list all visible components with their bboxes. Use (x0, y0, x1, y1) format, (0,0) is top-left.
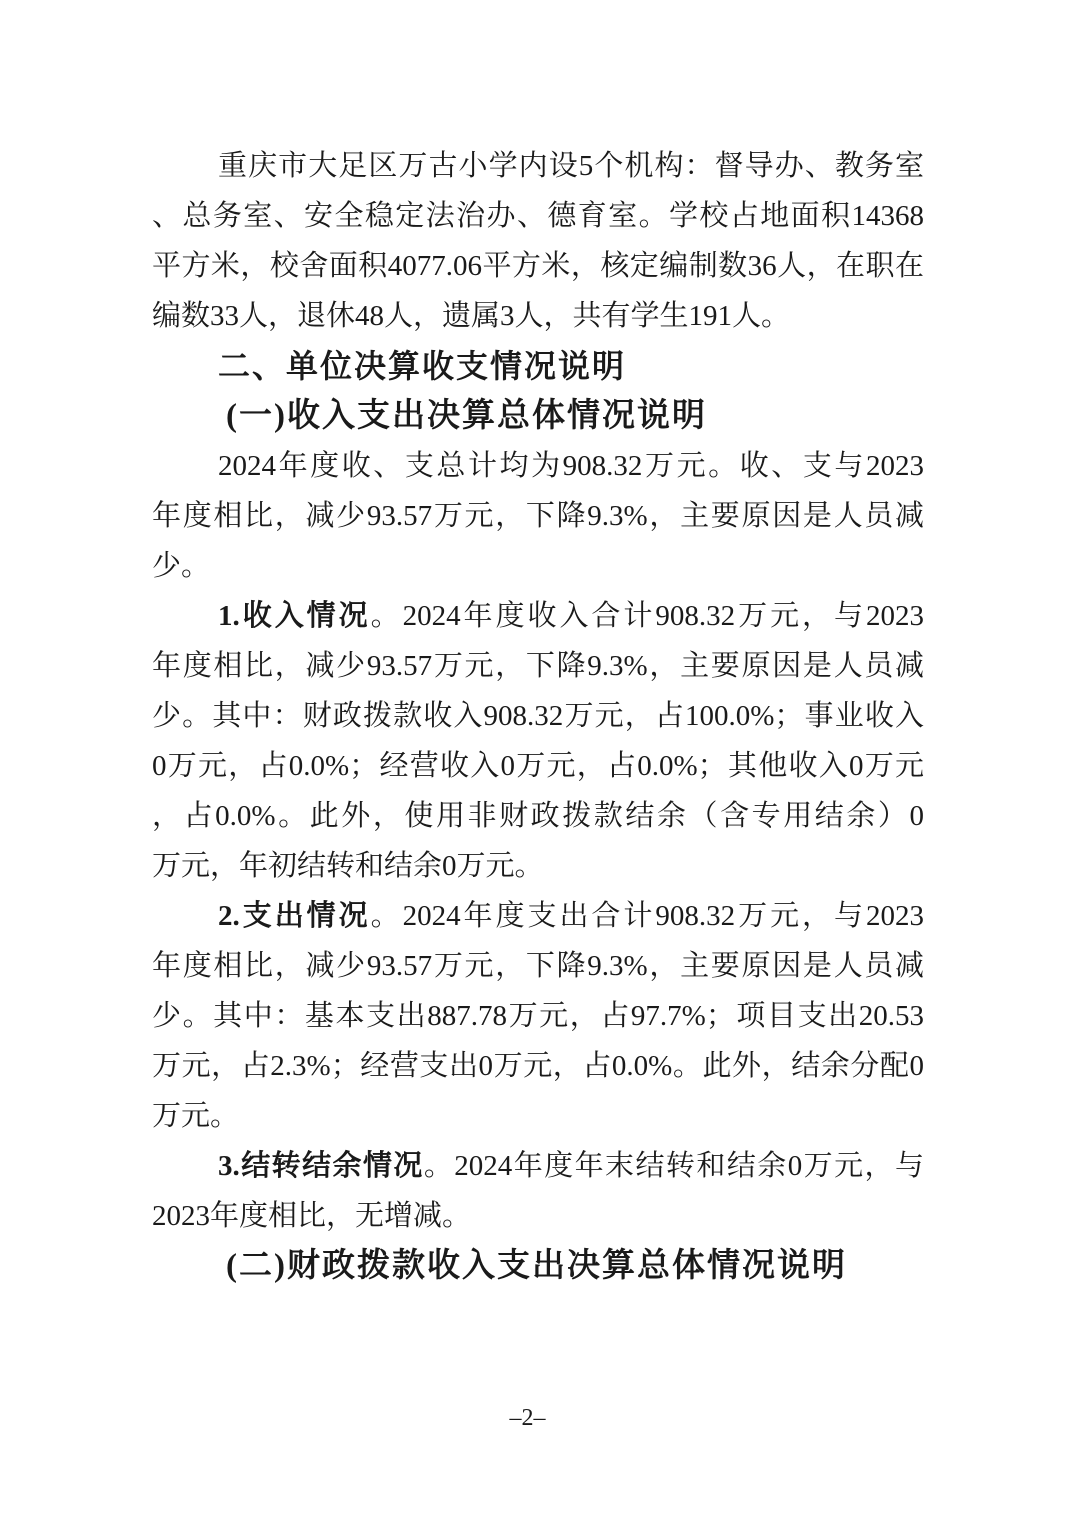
body-paragraph: 1.收入情况。2024年度收入合计908.32万元，与2023年度相比，减少93… (152, 591, 924, 891)
text-line: 0万元，占0.0%；经营收入0万元，占0.0%；其他收入0万元 (152, 741, 924, 791)
text-line: 万元，占2.3%；经营支出0万元，占0.0%。此外，结余分配0 (152, 1041, 924, 1091)
subsection-heading: (二)财政拨款收入支出决算总体情况说明 (152, 1241, 924, 1291)
text-line: 年度相比，减少93.57万元，下降9.3%，主要原因是人员减 (152, 491, 924, 541)
text-line: (二)财政拨款收入支出决算总体情况说明 (152, 1241, 924, 1291)
section-heading: 二、单位决算收支情况说明 (152, 341, 924, 391)
text-line: 3.结转结余情况。2024年度年末结转和结余0万元，与 (152, 1141, 924, 1191)
text-line: 1.收入情况。2024年度收入合计908.32万元，与2023 (152, 591, 924, 641)
document-body: 重庆市大足区万古小学内设5个机构：督导办、教务室、总务室、安全稳定法治办、德育室… (152, 141, 924, 1291)
page-number: –2– (510, 1405, 546, 1431)
text-line: 少。其中：财政拨款收入908.32万元，占100.0%；事业收入 (152, 691, 924, 741)
body-paragraph: 3.结转结余情况。2024年度年末结转和结余0万元，与2023年度相比，无增减。 (152, 1141, 924, 1241)
text-line: 2024年度收、支总计均为908.32万元。收、支与2023 (152, 441, 924, 491)
text-line: 2023年度相比，无增减。 (152, 1191, 924, 1241)
text-line: ，占0.0%。此外，使用非财政拨款结余（含专用结余）0 (152, 791, 924, 841)
body-paragraph: 2024年度收、支总计均为908.32万元。收、支与2023年度相比，减少93.… (152, 441, 924, 591)
paragraph-bold-lead: 2.支出情况 (218, 900, 371, 932)
text-line: 年度相比，减少93.57万元，下降9.3%，主要原因是人员减 (152, 641, 924, 691)
body-paragraph: 重庆市大足区万古小学内设5个机构：督导办、教务室、总务室、安全稳定法治办、德育室… (152, 141, 924, 341)
text-line: 重庆市大足区万古小学内设5个机构：督导办、教务室 (152, 141, 924, 191)
text-line: 万元，年初结转和结余0万元。 (152, 841, 924, 891)
text-line: 平方米，校舍面积4077.06平方米，核定编制数36人，在职在 (152, 241, 924, 291)
subsection-heading: (一)收入支出决算总体情况说明 (152, 391, 924, 441)
text-line: 少。其中：基本支出887.78万元，占97.7%；项目支出20.53 (152, 991, 924, 1041)
text-line: 编数33人，退休48人，遗属3人，共有学生191人。 (152, 291, 924, 341)
text-line: (一)收入支出决算总体情况说明 (152, 391, 924, 441)
text-line: 2.支出情况。2024年度支出合计908.32万元，与2023 (152, 891, 924, 941)
text-line: 、总务室、安全稳定法治办、德育室。学校占地面积14368 (152, 191, 924, 241)
text-line: 二、单位决算收支情况说明 (152, 341, 924, 391)
paragraph-bold-lead: 3.结转结余情况 (218, 1150, 424, 1182)
document-page: 重庆市大足区万古小学内设5个机构：督导办、教务室、总务室、安全稳定法治办、德育室… (0, 0, 1075, 1520)
page-footer: –2– (0, 1398, 1055, 1438)
paragraph-bold-lead: 1.收入情况 (218, 600, 371, 632)
body-paragraph: 2.支出情况。2024年度支出合计908.32万元，与2023年度相比，减少93… (152, 891, 924, 1141)
text-line: 年度相比，减少93.57万元，下降9.3%，主要原因是人员减 (152, 941, 924, 991)
text-line: 万元。 (152, 1091, 924, 1141)
text-line: 少。 (152, 541, 924, 591)
